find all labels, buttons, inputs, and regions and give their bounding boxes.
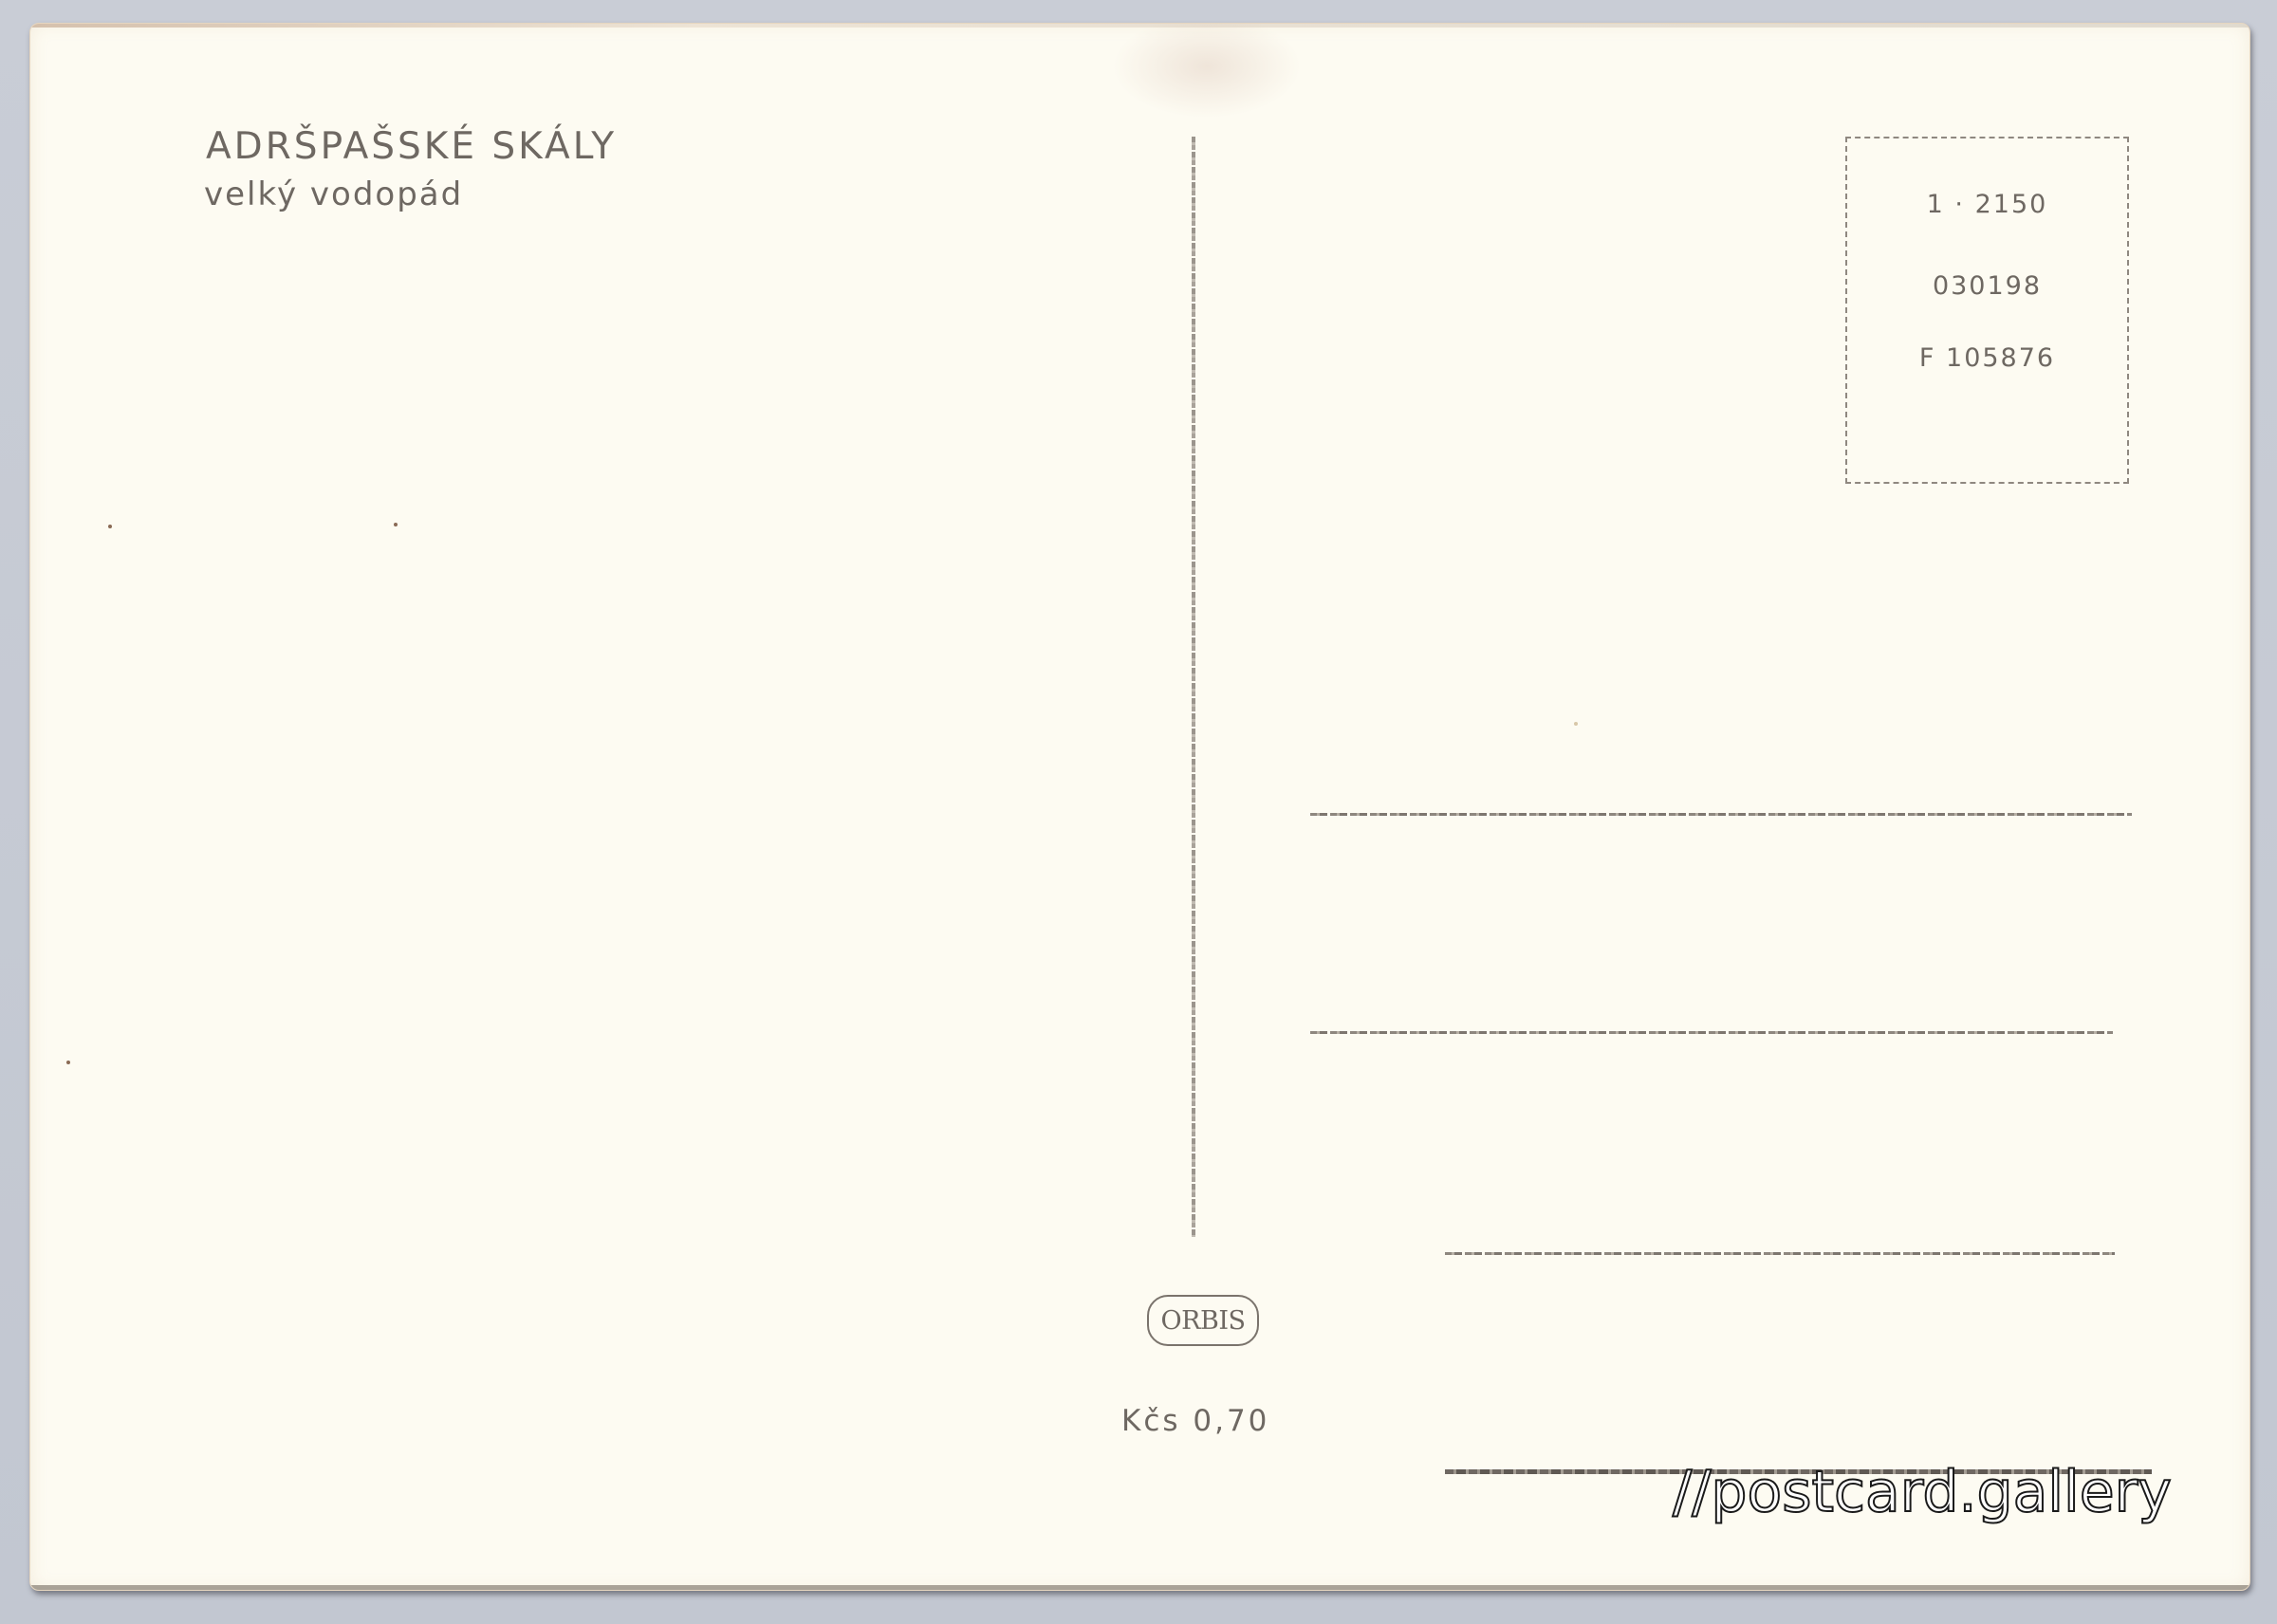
stamp-code-line-2: 030198 (1847, 271, 2127, 301)
paper-speck (394, 523, 398, 526)
postcard-title: ADRŠPAŠSKÉ SKÁLY (206, 126, 617, 168)
postcard-subtitle: velký vodopád (204, 175, 463, 213)
address-line-3 (1445, 1252, 2115, 1255)
center-divider-line (1192, 137, 1195, 1237)
price-label: Kčs 0,70 (1121, 1404, 1269, 1438)
postcard-back: ADRŠPAŠSKÉ SKÁLY velký vodopád 1 · 2150 … (29, 23, 2250, 1591)
postcard-gallery-watermark: //postcard.gallery (1673, 1459, 2172, 1525)
orbis-logo-text: ORBIS (1161, 1308, 1246, 1334)
stamp-code-line-1: 1 · 2150 (1847, 190, 2127, 219)
address-line-1 (1310, 813, 2132, 816)
paper-speck (108, 525, 112, 528)
address-line-2 (1310, 1031, 2113, 1034)
card-bottom-edge (30, 1585, 2249, 1590)
paper-speck (66, 1061, 70, 1064)
stamp-box: 1 · 2150 030198 F 105876 (1845, 137, 2129, 484)
paper-speck (1574, 722, 1578, 726)
stamp-code-line-3: F 105876 (1847, 343, 2127, 373)
paper-stain (1112, 23, 1302, 119)
orbis-publisher-logo: ORBIS (1147, 1295, 1259, 1346)
